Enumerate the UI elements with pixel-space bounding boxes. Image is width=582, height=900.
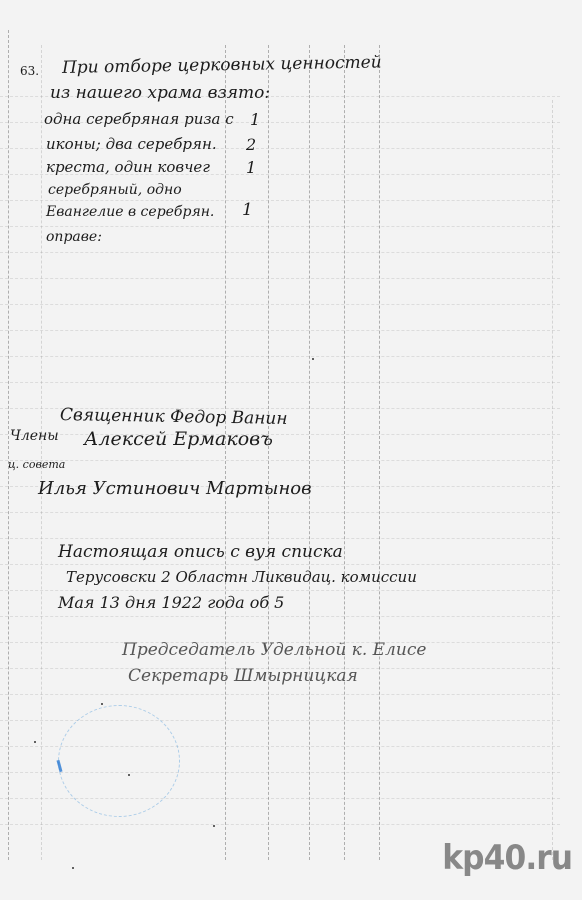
inventory-item-qty: 2 [246, 135, 256, 154]
ruled-line [0, 538, 560, 539]
scanned-document-page: 63. При отборе церковных ценностей из на… [0, 0, 582, 900]
ruled-line [0, 200, 560, 201]
certification-line: Настоящая опись с вуя списка [58, 542, 343, 562]
secretary-signature: Секретарь Шмырницкая [128, 666, 358, 686]
ruled-line [0, 304, 560, 305]
certification-line: Терусовски 2 Областн Ликвидац. комиссии [66, 568, 417, 586]
column-rule [268, 45, 269, 860]
column-rule [344, 45, 345, 860]
ruled-line [0, 330, 560, 331]
ruled-line [0, 616, 560, 617]
inventory-item-text: Евангелие в серебрян. [46, 204, 214, 220]
column-rule [379, 45, 380, 860]
column-rule [552, 100, 553, 860]
ruled-line [0, 564, 560, 565]
ink-speck [72, 867, 74, 869]
column-rule [225, 45, 226, 860]
ruled-line [0, 252, 560, 253]
inventory-item-qty: 1 [250, 110, 260, 129]
member-signature: Алексей Ермаковъ [84, 428, 273, 450]
ruled-line [0, 694, 560, 695]
chair-signature: Председатель Удельной к. Елисе [122, 640, 426, 660]
faded-seal [58, 705, 180, 817]
ruled-line [0, 382, 560, 383]
members-label: Члены [10, 428, 59, 444]
ruled-line [0, 226, 560, 227]
column-rule [41, 45, 42, 860]
ruled-line [0, 278, 560, 279]
ruled-line [0, 824, 560, 825]
margin-rule [8, 30, 9, 860]
ink-speck [128, 774, 130, 776]
entry-number: 63. [20, 64, 39, 78]
priest-signature: Священник Федор Ванин [60, 405, 288, 429]
inventory-item-text: оправе: [46, 229, 102, 245]
council-label: ц. совета [8, 458, 65, 471]
certification-line: Мая 13 дня 1922 года об 5 [58, 593, 284, 612]
inventory-item-text: иконы; два серебрян. [46, 135, 217, 153]
member-signature: Илья Устинович Мартынов [38, 478, 312, 499]
ruled-line [0, 512, 560, 513]
ink-speck [101, 703, 103, 705]
column-rule [309, 45, 310, 860]
ink-speck [312, 358, 314, 360]
inventory-item-qty: 1 [242, 200, 253, 220]
inventory-item-qty: 1 [246, 158, 256, 177]
inventory-item-text: серебряный, одно [48, 182, 182, 198]
inventory-heading-line2: из нашего храма взято: [50, 83, 270, 103]
inventory-item-text: креста, один ковчег [46, 158, 210, 176]
inventory-item-text: одна серебряная риза с [44, 110, 234, 128]
ruled-line [0, 356, 560, 357]
ruled-line [0, 460, 560, 461]
ruled-line [0, 590, 560, 591]
ink-speck [213, 825, 215, 827]
site-watermark: kp40.ru [442, 838, 572, 878]
inventory-heading-line1: При отборе церковных ценностей [62, 52, 382, 78]
ink-speck [34, 741, 36, 743]
